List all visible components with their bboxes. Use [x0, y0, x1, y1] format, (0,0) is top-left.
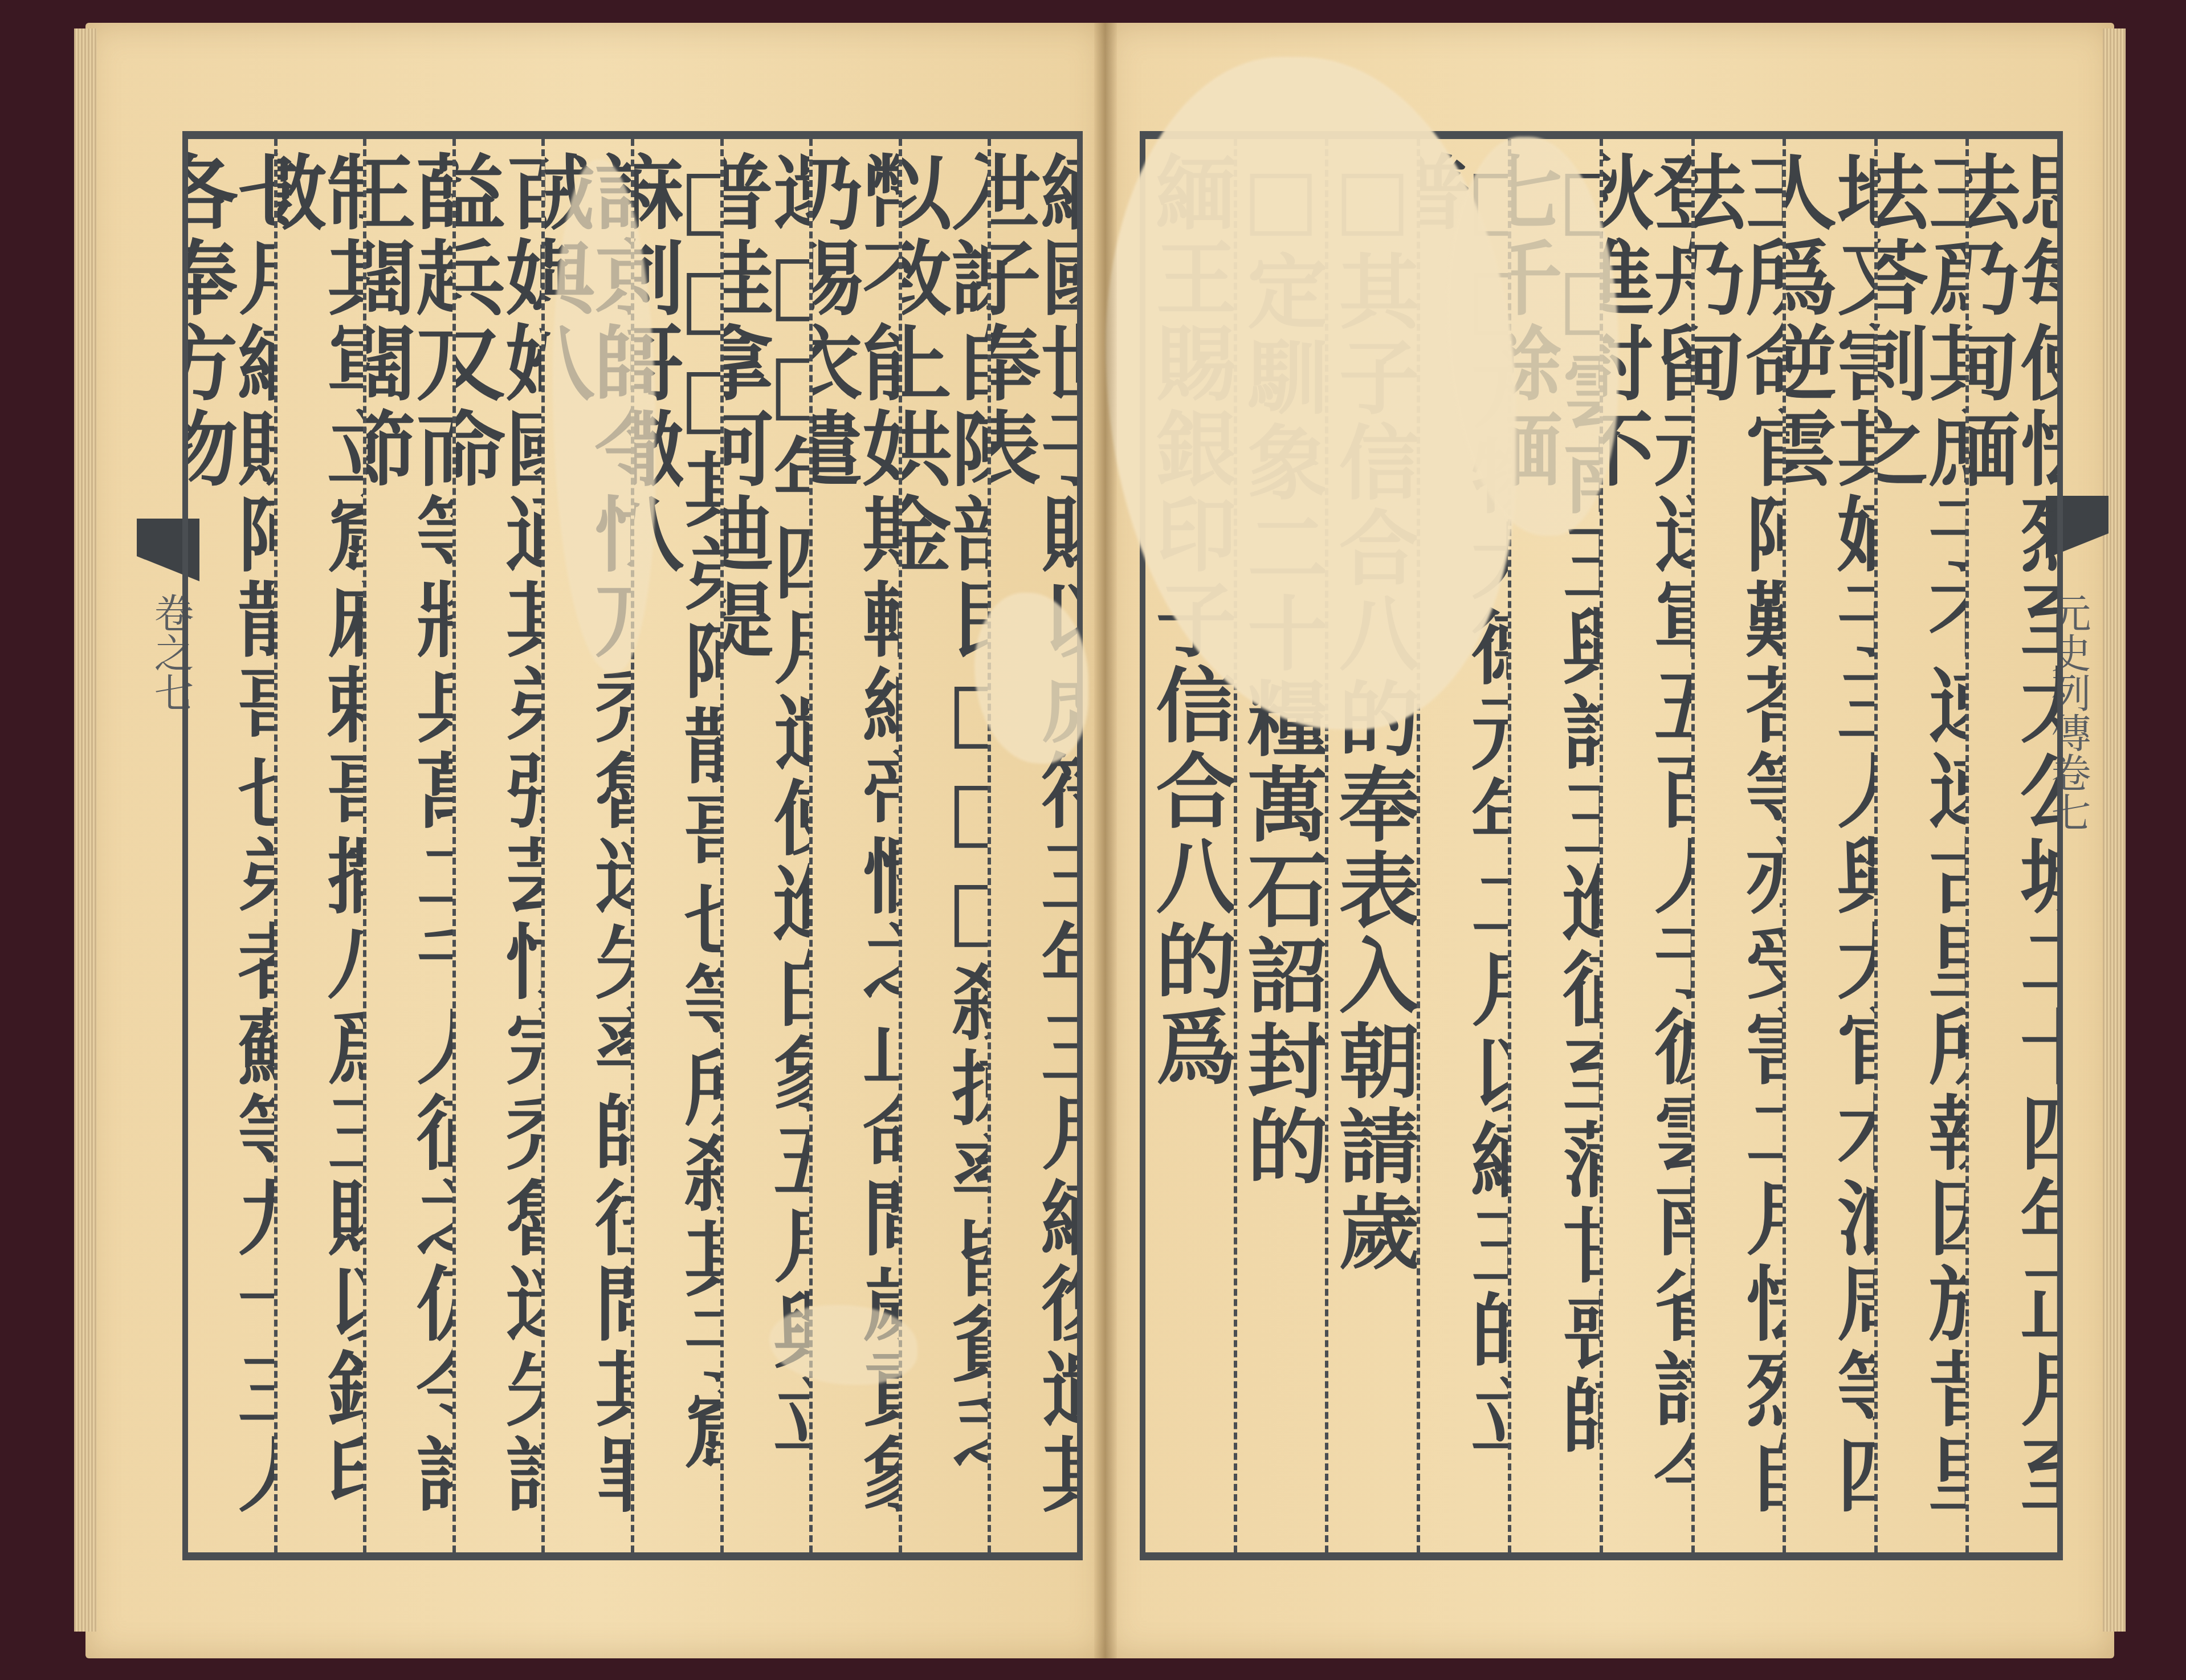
right-page: 元史列傳卷七 思每使怯烈至太公城二十四年正月至怯乃甸緬 王爲其庶子不速速古里所執… [1106, 23, 2114, 1658]
book-gutter [1094, 23, 1117, 1658]
text-column: 百媳婦國通其弟張芸忙完禿魯迷失請益兵又命 [452, 139, 542, 1552]
text-column: 緬國世子賜以虎符三年三月緬復遣其世子奉表 [988, 139, 1077, 1552]
left-page: 卷之七 緬國世子賜以虎符三年三月緬復遣其世子奉表 入謝自陳部民□□□殺掠率皆貧乏… [85, 23, 1106, 1658]
text-column: 王爲其庶子不速速古里所執因於昔里怯荅剌之 [1874, 139, 1966, 1552]
text-column: 七月緬賊阿散哥也弟者蘇等九十三人各奉方物 [188, 139, 274, 1552]
open-book: 卷之七 緬國世子賜以虎符三年三月緬復遣其世子奉表 入謝自陳部民□□□殺掠率皆貧乏… [85, 23, 2114, 1658]
text-column: 制其軍立窟麻剌哥撒八爲王賜以銀印數 [274, 139, 364, 1552]
text-column: 薛超兀而等將兵萬二千人征之仍令諸王闊闊節 [363, 139, 452, 1552]
text-column: 思每使怯烈至太公城二十四年正月至怯乃甸緬 [1965, 139, 2057, 1552]
page-stack-edge-right [2103, 28, 2126, 1632]
page-stack-edge-left [74, 28, 97, 1632]
text-column: 地又害其嫡子三人與大官木浪周等四人爲逆雲 [1783, 139, 1874, 1552]
text-column: 王所命官阿難荅等亦受害二月怯烈自怯乃甸 [1691, 139, 1783, 1552]
